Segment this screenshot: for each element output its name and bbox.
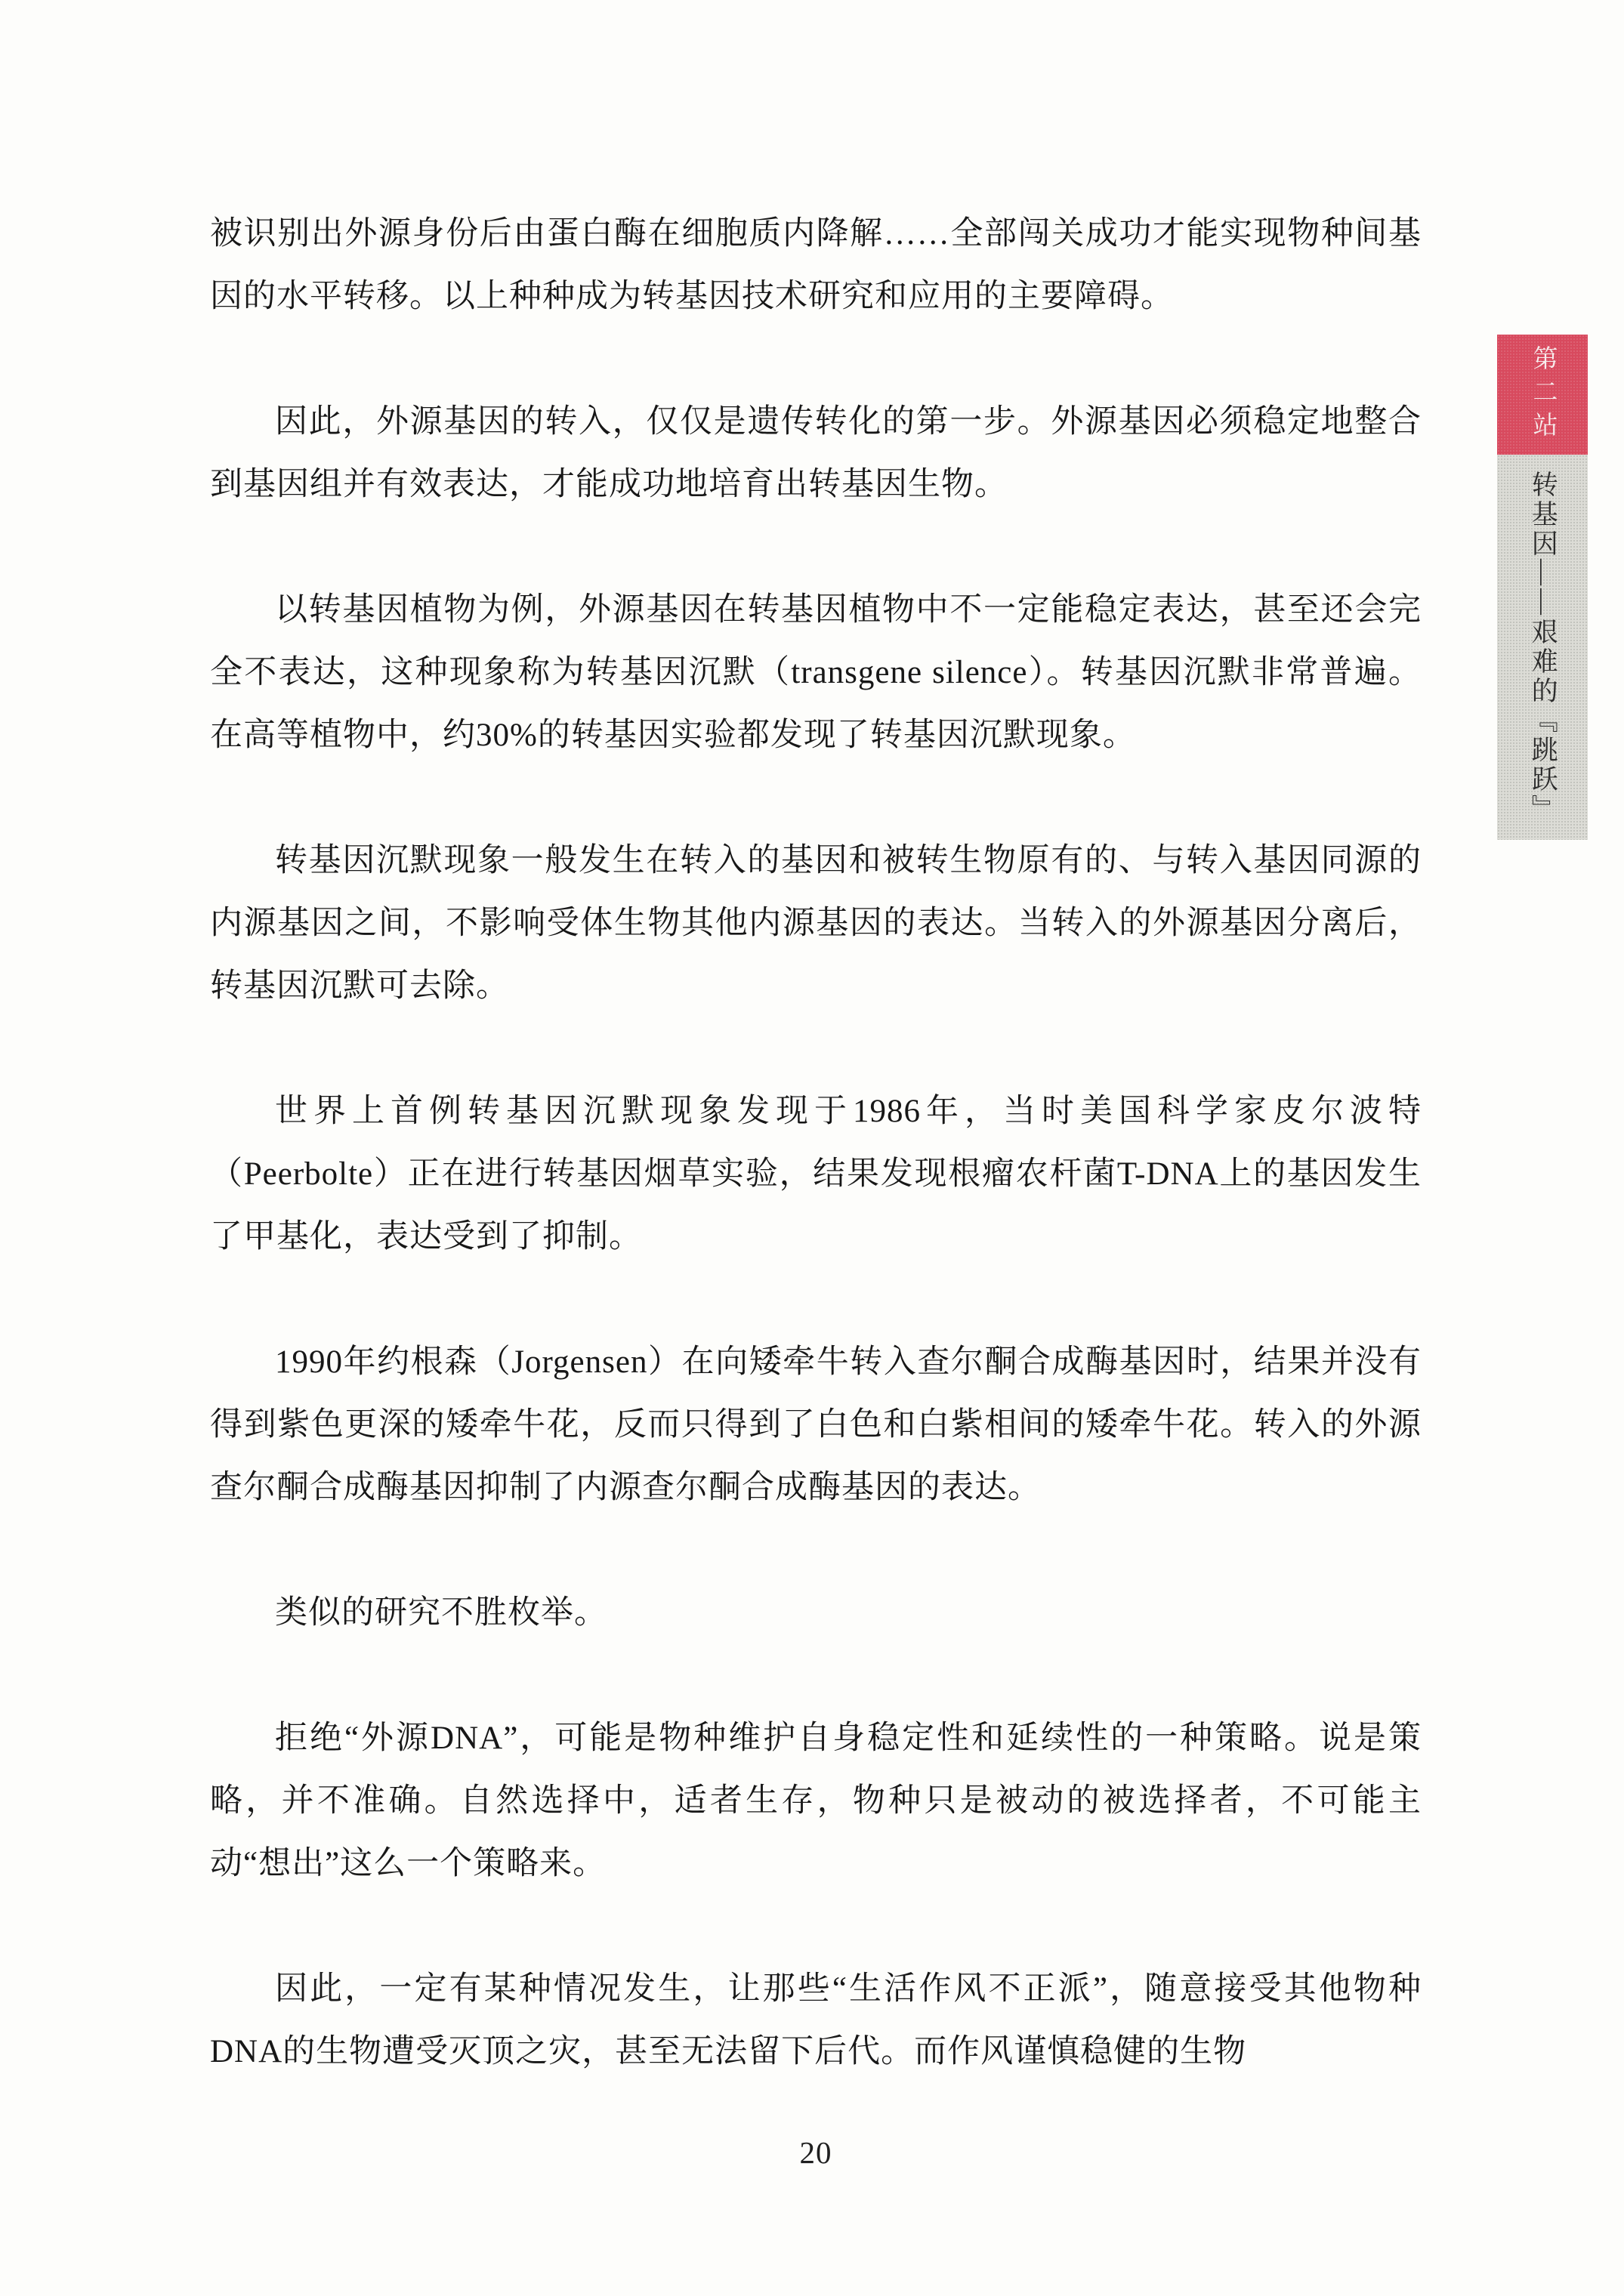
body-text: 被识别出外源身份后由蛋白酶在细胞质内降解……全部闯关成功才能实现物种间基因的水平… [210,202,1422,2083]
chapter-tab: 第二站 转基因——艰难的『跳跃』 [1497,335,1588,840]
paragraph: 转基因沉默现象一般发生在转入的基因和被转生物原有的、与转入基因同源的内源基因之间… [210,829,1422,1017]
paragraph: 因此，一定有某种情况发生，让那些“生活作风不正派”，随意接受其他物种DNA的生物… [210,1958,1422,2083]
station-badge: 第二站 [1497,335,1588,455]
paragraph: 世界上首例转基因沉默现象发现于1986年，当时美国科学家皮尔波特（Peerbol… [210,1080,1422,1268]
chapter-title: 转基因——艰难的『跳跃』 [1528,471,1558,824]
chapter-title-tab: 转基因——艰难的『跳跃』 [1497,455,1588,840]
paragraph: 因此，外源基因的转入，仅仅是遗传转化的第一步。外源基因必须稳定地整合到基因组并有… [210,390,1422,516]
paragraph: 以转基因植物为例，外源基因在转基因植物中不一定能稳定表达，甚至还会完全不表达，这… [210,579,1422,767]
paragraph: 拒绝“外源DNA”，可能是物种维护自身稳定性和延续性的一种策略。说是策略，并不准… [210,1707,1422,1895]
paragraph: 类似的研究不胜枚举。 [210,1582,1422,1644]
page-number: 20 [210,2134,1422,2171]
paragraph: 被识别出外源身份后由蛋白酶在细胞质内降解……全部闯关成功才能实现物种间基因的水平… [210,202,1422,328]
book-page: 被识别出外源身份后由蛋白酶在细胞质内降解……全部闯关成功才能实现物种间基因的水平… [0,0,1624,2296]
station-label: 第二站 [1530,345,1555,445]
paragraph: 1990年约根森（Jorgensen）在向矮牵牛转入查尔酮合成酶基因时，结果并没… [210,1331,1422,1519]
